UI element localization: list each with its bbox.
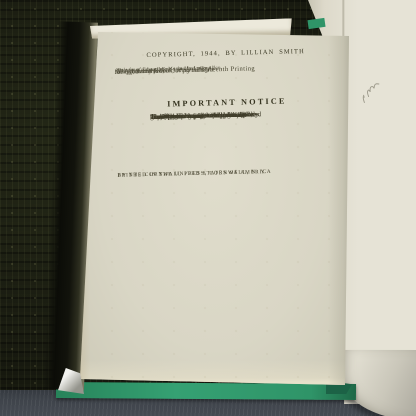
handwritten-inscription-icon (353, 75, 389, 109)
book-photo: COPYRIGHT, 1944, BY LILLIAN SMITH All ri… (0, 0, 416, 416)
copyright-page-text: COPYRIGHT, 1944, BY LILLIAN SMITH All ri… (115, 43, 340, 170)
notice-heading: IMPORTANT NOTICE (116, 95, 338, 109)
copyright-line: COPYRIGHT, 1944, BY LILLIAN SMITH (115, 47, 337, 59)
cover-edge-bottom (56, 382, 356, 400)
notice-line: from these plates. (150, 113, 198, 122)
notice-body: This wartime edition is complete and una… (150, 110, 304, 114)
